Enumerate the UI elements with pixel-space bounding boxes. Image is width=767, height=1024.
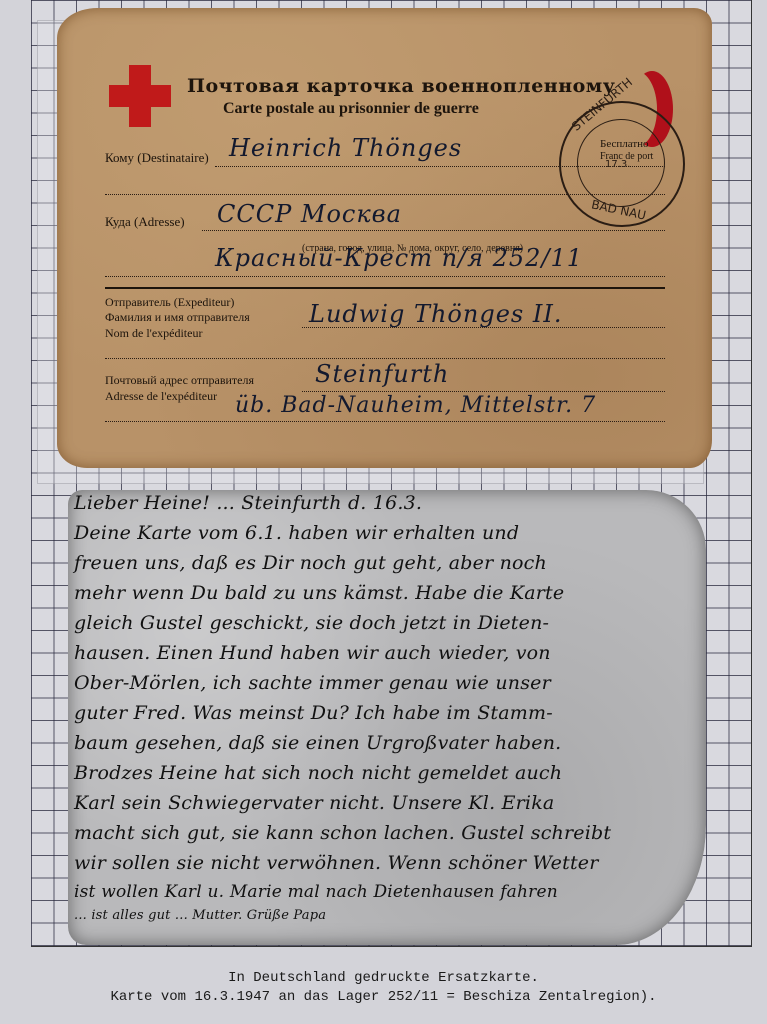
card-title-russian: Почтовая карточка военнопленному <box>187 75 615 97</box>
sender-label-ru: Отправитель (Expediteur) <box>105 295 234 310</box>
caption-line-1: In Deutschland gedruckte Ersatzkarte. <box>0 970 767 986</box>
recipient-line-2 <box>105 194 665 195</box>
letter-line: Ober-Mörlen, ich sachte immer genau wie … <box>74 672 551 694</box>
letter-line: Karl sein Schwiegervater nicht. Unsere K… <box>74 792 554 814</box>
sender-label-fr: Nom de l'expéditeur <box>105 326 202 341</box>
address-line <box>202 230 665 231</box>
address-line-2 <box>105 276 665 277</box>
recipient-value: Heinrich Thönges <box>229 134 462 162</box>
section-divider <box>105 287 665 289</box>
sender-line-2 <box>105 358 665 359</box>
letter-line: hausen. Einen Hund haben wir auch wieder… <box>74 642 551 664</box>
letter-line: Deine Karte vom 6.1. haben wir erhalten … <box>74 522 519 544</box>
sender-address-line2: üb. Bad-Nauheim, Mittelstr. 7 <box>235 393 596 418</box>
letter-line: freuen uns, daß es Dir noch gut geht, ab… <box>74 552 547 574</box>
recipient-label: Кому (Destinataire) <box>105 150 209 166</box>
letter-line: mehr wenn Du bald zu uns kämst. Habe die… <box>74 582 564 604</box>
franking-russian: Бесплатно <box>600 138 649 150</box>
pow-postcard-front: Почтовая карточка военнопленному Carte p… <box>57 8 712 468</box>
letter-line: ... ist alles gut ... Mutter. Grüße Papa <box>74 908 326 923</box>
letter-reverse-photocopy: Lieber Heine! ... Steinfurth d. 16.3. De… <box>68 490 706 945</box>
letter-line: Lieber Heine! ... Steinfurth d. 16.3. <box>74 492 422 514</box>
letter-line: guter Fred. Was meinst Du? Ich habe im S… <box>74 702 553 724</box>
letter-line: baum gesehen, daß sie einen Urgroßvater … <box>74 732 561 754</box>
recipient-line <box>215 166 665 167</box>
letter-line: gleich Gustel geschickt, sie doch jetzt … <box>74 612 549 634</box>
sender-name-label: Фамилия и имя отправителя <box>105 310 250 325</box>
sender-address-line-2 <box>105 421 665 422</box>
sender-address-label-ru: Почтовый адрес отправителя <box>105 373 254 388</box>
sender-address-label-fr: Adresse de l'expéditeur <box>105 389 217 404</box>
letter-line: ist wollen Karl u. Marie mal nach Dieten… <box>74 882 558 902</box>
letter-line: wir sollen sie nicht verwöhnen. Wenn sch… <box>74 852 599 874</box>
red-cross-icon <box>109 65 171 127</box>
address-value-line2: Красный-Крест п/я 252/11 <box>215 244 583 272</box>
postmark-stamp: STEINFURTH 17.3. BAD NAU <box>559 101 685 227</box>
franking-french: Franc de port <box>600 151 653 162</box>
letter-line: macht sich gut, sie kann schon lachen. G… <box>74 822 611 844</box>
sender-value: Ludwig Thönges II. <box>309 300 562 328</box>
sender-address-line <box>302 391 665 392</box>
card-title-french: Carte postale au prisonnier de guerre <box>223 100 479 118</box>
address-value-line1: СССР Москва <box>217 200 402 228</box>
caption-line-2: Karte vom 16.3.1947 an das Lager 252/11 … <box>0 989 767 1005</box>
sender-address-line1: Steinfurth <box>315 360 449 388</box>
letter-line: Brodzes Heine hat sich noch nicht gemeld… <box>74 762 562 784</box>
address-label: Куда (Adresse) <box>105 214 185 230</box>
